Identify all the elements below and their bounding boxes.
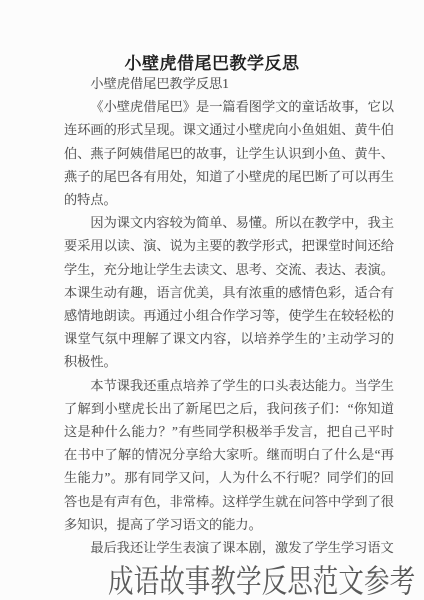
page-title: 小壁虎借尾巴教学反思 (0, 49, 424, 74)
paragraph-1: 《小壁虎借尾巴》是一篇看图学文的童话故事，它以连环画的形式呈现。课文通过小壁虎向… (64, 95, 394, 211)
document-subtitle: 小壁虎借尾巴教学反思1 (64, 72, 394, 95)
paragraph-container: 《小壁虎借尾巴》是一篇看图学文的童话故事，它以连环画的形式呈现。课文通过小壁虎向… (64, 95, 394, 559)
document-page: 小壁虎借尾巴教学反思 小壁虎借尾巴教学反思1 《小壁虎借尾巴》是一篇看图学文的童… (0, 0, 424, 600)
paragraph-3: 本节课我还重点培养了学生的口头表达能力。当学生了解到小壁虎长出了新尾巴之后，我问… (64, 374, 394, 536)
document-body: 小壁虎借尾巴教学反思1 《小壁虎借尾巴》是一篇看图学文的童话故事，它以连环画的形… (64, 72, 394, 559)
watermark-caption: 成语故事教学反思范文参考 (108, 556, 415, 600)
paragraph-2: 因为课文内容较为简单、易懂。所以在教学中，我主要采用以读、演、说为主要的教学形式… (64, 211, 394, 373)
